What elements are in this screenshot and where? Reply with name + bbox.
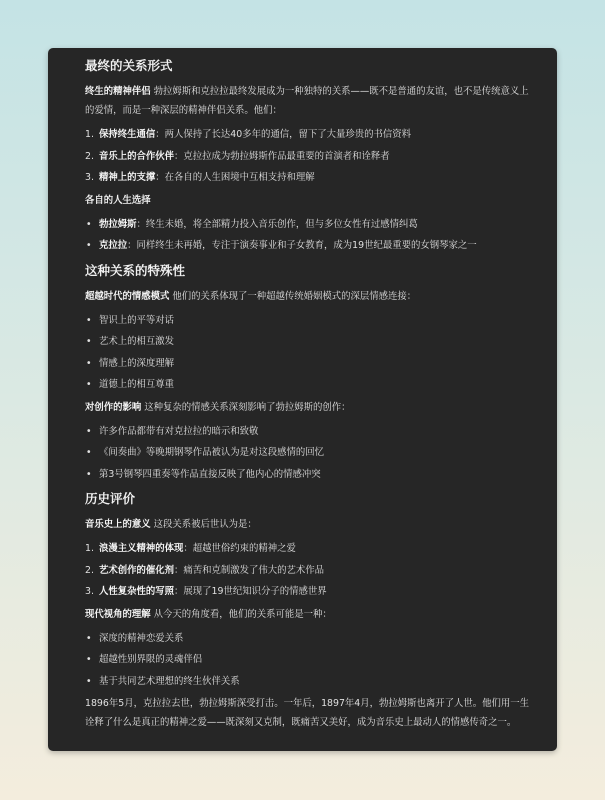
list-item: 第3号钢琴四重奏等作品直接反映了他内心的情感冲突 (85, 464, 537, 486)
bullet-list: 智识上的平等对话 艺术上的相互激发 情感上的深度理解 道德上的相互尊重 (85, 310, 537, 396)
list-item: 道德上的相互尊重 (85, 374, 537, 396)
list-item: 克拉拉：同样终生未再婚，专注于演奏事业和子女教育，成为19世纪最重要的女钢琴家之… (85, 235, 537, 257)
numbered-list: 1.保持终生通信：两人保持了长达40多年的通信，留下了大量珍贵的书信资料 2.音… (85, 124, 537, 189)
bullet-list: 许多作品都带有对克拉拉的暗示和致敬 《间奏曲》等晚期钢琴作品被认为是对这段感情的… (85, 421, 537, 486)
list-item: 3.人性复杂性的写照：展现了19世纪知识分子的情感世界 (85, 581, 537, 603)
list-item: 超越性别界限的灵魂伴侣 (85, 649, 537, 671)
bullet-list: 勃拉姆斯：终生未婚，将全部精力投入音乐创作，但与多位女性有过感情纠葛 克拉拉：同… (85, 214, 537, 257)
paragraph: 现代视角的理解 从今天的角度看，他们的关系可能是一种： (85, 605, 537, 624)
paragraph: 终生的精神伴侣 勃拉姆斯和克拉拉最终发展成为一种独特的关系——既不是普通的友谊，… (85, 82, 537, 120)
list-item: 许多作品都带有对克拉拉的暗示和致敬 (85, 421, 537, 443)
list-item: 1.浪漫主义精神的体现：超越世俗约束的精神之爱 (85, 538, 537, 560)
list-item: 情感上的深度理解 (85, 353, 537, 375)
list-item: 基于共同艺术理想的终生伙伴关系 (85, 671, 537, 693)
list-item: 勃拉姆斯：终生未婚，将全部精力投入音乐创作，但与多位女性有过感情纠葛 (85, 214, 537, 236)
list-item: 《间奏曲》等晚期钢琴作品被认为是对这段感情的回忆 (85, 442, 537, 464)
response-card: 最终的关系形式 终生的精神伴侣 勃拉姆斯和克拉拉最终发展成为一种独特的关系——既… (48, 48, 557, 751)
paragraph: 音乐史上的意义 这段关系被后世认为是： (85, 515, 537, 534)
paragraph: 超越时代的情感模式 他们的关系体现了一种超越传统婚姻模式的深层情感连接： (85, 287, 537, 306)
list-item: 艺术上的相互激发 (85, 331, 537, 353)
section-heading: 这种关系的特殊性 (85, 263, 537, 279)
section-heading: 历史评价 (85, 491, 537, 507)
numbered-list: 1.浪漫主义精神的体现：超越世俗约束的精神之爱 2.艺术创作的催化剂：痛苦和克制… (85, 538, 537, 603)
list-item: 1.保持终生通信：两人保持了长达40多年的通信，留下了大量珍贵的书信资料 (85, 124, 537, 146)
paragraph: 对创作的影响 这种复杂的情感关系深刻影响了勃拉姆斯的创作： (85, 398, 537, 417)
list-item: 智识上的平等对话 (85, 310, 537, 332)
list-item: 深度的精神恋爱关系 (85, 628, 537, 650)
section-heading: 最终的关系形式 (85, 58, 537, 74)
list-item: 2.艺术创作的催化剂：痛苦和克制激发了伟大的艺术作品 (85, 560, 537, 582)
closing-paragraph: 1896年5月，克拉拉去世，勃拉姆斯深受打击。一年后，1897年4月，勃拉姆斯也… (85, 694, 537, 732)
list-item: 3.精神上的支撑：在各自的人生困境中互相支持和理解 (85, 167, 537, 189)
bullet-list: 深度的精神恋爱关系 超越性别界限的灵魂伴侣 基于共同艺术理想的终生伙伴关系 (85, 628, 537, 693)
list-item: 2.音乐上的合作伙伴：克拉拉成为勃拉姆斯作品最重要的首演者和诠释者 (85, 146, 537, 168)
sub-heading: 各自的人生选择 (85, 191, 537, 210)
